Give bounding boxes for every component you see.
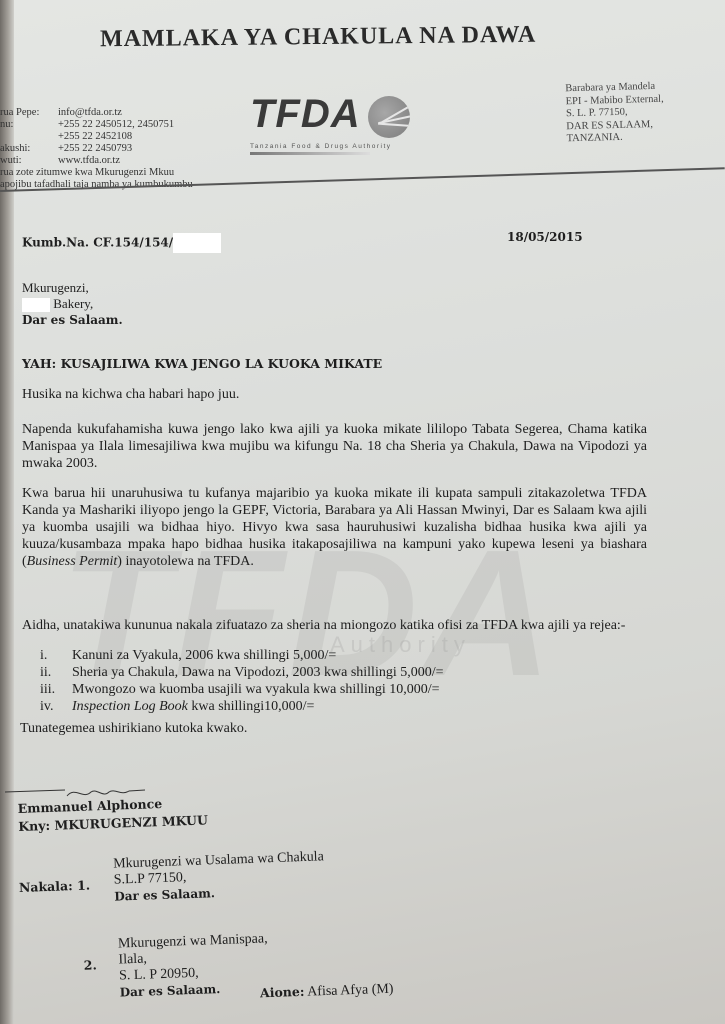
copy-recipient: Mkurugenzi wa Usalama wa Chakula S.L.P 7… [113,849,325,904]
letterhead-note: rua zote zitumwe kwa Mkurugenzi Mkuu [0,167,193,179]
tfda-logo: TFDA Tanzania Food & Drugs Authority [250,92,420,158]
closing-line: Tunategemea ushirikiano kutoka kwako. [20,721,247,737]
list-item: i.Kanuni za Vyakula, 2006 kwa shillingi … [40,647,444,664]
reference-number: Kumb.Na. CF.154/154/ [22,233,221,253]
contact-email: rua Pepe:info@tfda.or.tz [0,107,193,119]
recipient-address: Mkurugenzi, Bakery, Dar es Salaam. [22,280,123,328]
contact-fax: akushi:+255 22 2450793 [0,143,193,155]
paragraph-purchase: Aidha, unatakiwa kununua nakala zifuataz… [22,617,647,634]
list-item: ii.Sheria ya Chakula, Dawa na Vipodozi, … [40,664,444,681]
logo-underline [250,152,370,155]
redaction-box [173,233,221,253]
contact-phone-2: +255 22 2452108 [0,131,193,143]
logo-tagline: Tanzania Food & Drugs Authority [250,143,392,150]
subject-line: YAH: KUSAJILIWA KWA JENGO LA KUOKA MIKAT… [22,356,382,371]
contact-website: wuti:www.tfda.or.tz [0,155,193,167]
letter-page: TFDA Authority MAMLAKA YA CHAKULA NA DAW… [0,0,725,1024]
redaction-box [22,298,50,312]
paragraph-conditions: Kwa barua hii unaruhusiwa tu kufanya maj… [22,485,647,570]
letterhead-address: Barabara ya Mandela EPI - Mabibo Externa… [565,81,665,146]
attention-note: Aione: Afisa Afya (M) [260,981,394,1003]
paragraph-registration: Napenda kukufahamisha kuwa jengo lako kw… [22,421,647,472]
list-item: iii.Mwongozo wa kuomba usajili wa vyakul… [40,681,444,698]
signer-block: Emmanuel Alphonce Kny: MKURUGENZI MKUU [17,793,208,836]
letterhead-contacts: rua Pepe:info@tfda.or.tz nu:+255 22 2450… [0,107,193,191]
list-item: iv.Inspection Log Book kwa shillingi10,0… [40,698,444,715]
logo-wordmark: TFDA [250,92,361,137]
paragraph-intro: Husika na kichwa cha habari hapo juu. [22,386,647,403]
contact-phone: nu:+255 22 2450512, 2450751 [0,119,193,131]
copies-label: Nakala: 1. [19,878,91,896]
globe-icon [368,96,410,138]
reference-list: i.Kanuni za Vyakula, 2006 kwa shillingi … [40,647,444,715]
letter-date: 18/05/2015 [507,230,583,244]
letterhead-title: MAMLAKA YA CHAKULA NA DAWA [100,22,537,54]
